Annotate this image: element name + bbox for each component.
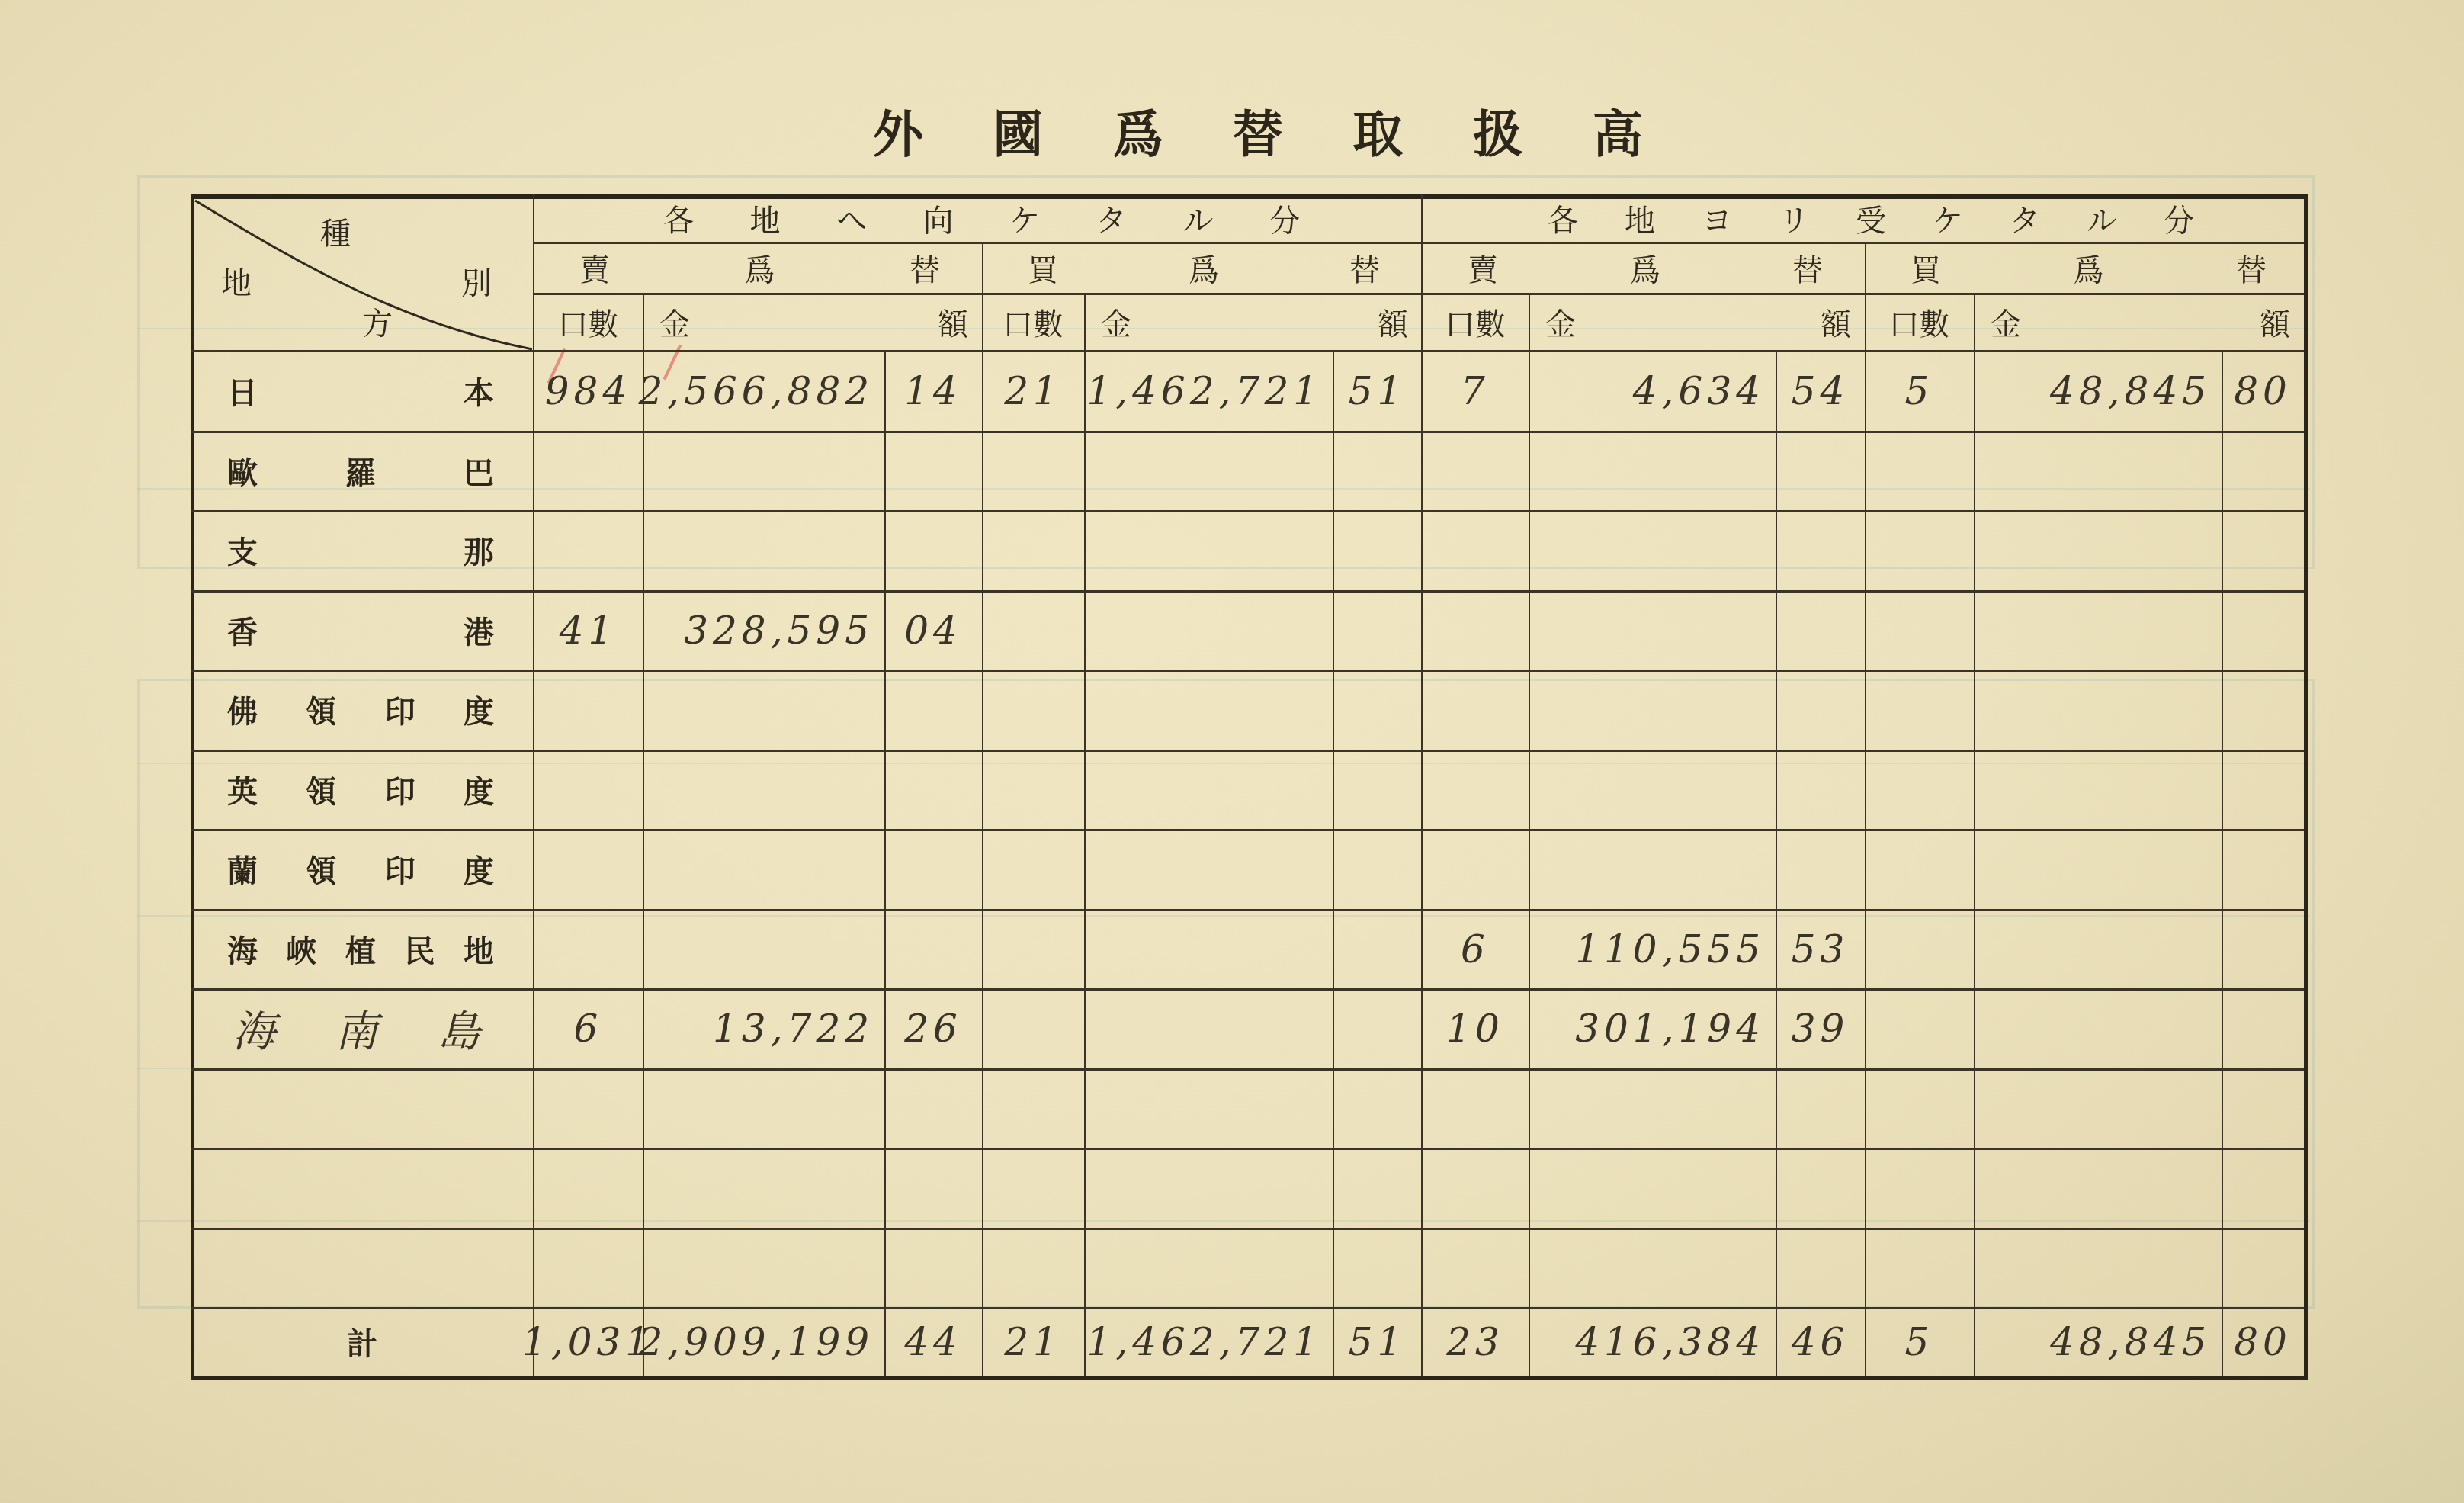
- region-label: 香港: [191, 590, 534, 670]
- subgroup-header-char: 替: [1792, 246, 1823, 290]
- yen-amount-cell: [643, 431, 884, 511]
- yen-amount-cell: [1084, 510, 1333, 590]
- subgroup-header-char: 買: [1911, 246, 1941, 290]
- subgroup-header-char: 賣: [1468, 246, 1498, 290]
- sen-amount-cell: [884, 750, 982, 830]
- yen-amount-cell: [1974, 988, 2222, 1068]
- title-char: 取: [1352, 94, 1403, 166]
- yen-amount-cell: [1529, 750, 1776, 830]
- count-cell: [534, 431, 643, 511]
- region-char: 印: [385, 768, 415, 811]
- corner-label-bottom: 方: [362, 300, 393, 343]
- count-cell: [534, 829, 643, 909]
- count-cell: [1422, 590, 1529, 670]
- subgroup-header-out-sell: 賣爲替: [534, 242, 982, 294]
- yen-amount-cell: [1529, 510, 1776, 590]
- count-cell: 6: [1422, 909, 1529, 989]
- region-label: 蘭領印度: [191, 829, 534, 909]
- count-header-label: 口數: [1865, 294, 1974, 350]
- corner-label-left: 地: [221, 259, 252, 303]
- count-cell: [982, 670, 1084, 750]
- amount-label-right: 額: [938, 300, 968, 344]
- subgroup-header-in-sell: 賣爲替: [1422, 242, 1865, 294]
- sen-amount-cell: 04: [884, 590, 982, 670]
- count-cell: [1865, 590, 1974, 670]
- sen-amount-cell: 80: [2222, 1307, 2304, 1376]
- amount-label-left: 金: [659, 300, 690, 344]
- amount-header-label: 金額: [1084, 294, 1422, 350]
- yen-amount-cell: [1974, 670, 2222, 750]
- sen-amount-cell: [884, 829, 982, 909]
- count-cell: [1865, 1148, 1974, 1228]
- region-label: 佛領印度: [191, 670, 534, 750]
- sen-amount-cell: [2222, 750, 2304, 830]
- sen-amount-cell: [884, 431, 982, 511]
- amount-label-right: 額: [1378, 300, 1408, 344]
- yen-amount-cell: [1529, 431, 1776, 511]
- count-cell: [982, 510, 1084, 590]
- region-char: 印: [385, 847, 415, 891]
- title-char: 爲: [1113, 94, 1163, 166]
- count-cell: [982, 1228, 1084, 1308]
- corner-label-right: 別: [461, 259, 492, 303]
- yen-amount-cell: [1974, 750, 2222, 830]
- region-char: 本: [464, 369, 494, 413]
- page-title: 外 國 爲 替 取 扱 高: [839, 95, 1677, 164]
- region-label: 海南島: [191, 988, 534, 1068]
- sen-amount-cell: [884, 909, 982, 989]
- count-cell: 41: [534, 590, 643, 670]
- yen-amount-cell: 110,555: [1529, 909, 1776, 989]
- sen-amount-cell: 39: [1776, 988, 1865, 1068]
- count-cell: [1422, 431, 1529, 511]
- yen-amount-cell: [1084, 1068, 1333, 1148]
- yen-amount-cell: [1084, 909, 1333, 989]
- count-cell: [1865, 1068, 1974, 1148]
- count-cell: [534, 750, 643, 830]
- sen-amount-cell: [2222, 1068, 2304, 1148]
- region-char: 海: [227, 927, 258, 971]
- count-cell: [1865, 510, 1974, 590]
- sen-amount-cell: [1333, 1068, 1422, 1148]
- sen-amount-cell: 26: [884, 988, 982, 1068]
- count-cell: 21: [982, 1307, 1084, 1376]
- yen-amount-cell: [1084, 829, 1333, 909]
- region-label: 英領印度: [191, 750, 534, 830]
- count-cell: 1,031: [534, 1307, 643, 1376]
- region-char: 度: [464, 847, 494, 891]
- sen-amount-cell: [2222, 1148, 2304, 1228]
- count-cell: [982, 750, 1084, 830]
- yen-amount-cell: [1084, 590, 1333, 670]
- sen-amount-cell: [884, 670, 982, 750]
- yen-amount-cell: [1974, 1228, 2222, 1308]
- region-label: 海峽植民地: [191, 909, 534, 989]
- sen-amount-cell: [1333, 829, 1422, 909]
- subgroup-header-char: 爲: [1630, 246, 1660, 290]
- group-header-char: 分: [2164, 197, 2194, 240]
- sen-amount-cell: [2222, 909, 2304, 989]
- count-cell: [982, 1068, 1084, 1148]
- count-cell: [534, 510, 643, 590]
- sen-amount-cell: [1333, 1148, 1422, 1228]
- count-cell: 984: [534, 351, 643, 431]
- amount-header-label: 金額: [643, 294, 982, 350]
- yen-amount-cell: [643, 750, 884, 830]
- count-cell: [1865, 909, 1974, 989]
- group-header-char: ケ: [1933, 197, 1963, 240]
- header-rule: [534, 242, 2304, 244]
- sen-amount-cell: 80: [2222, 351, 2304, 431]
- subgroup-header-char: 爲: [2074, 246, 2104, 290]
- count-cell: [1422, 829, 1529, 909]
- corner-label-top: 種: [320, 210, 351, 253]
- title-char: 外: [873, 94, 923, 166]
- region-char: 南: [335, 998, 378, 1059]
- count-cell: [982, 431, 1084, 511]
- group-header-char: タ: [1096, 197, 1127, 240]
- yen-amount-cell: 1,462,721: [1084, 351, 1333, 431]
- yen-amount-cell: 1,462,721: [1084, 1307, 1333, 1376]
- sen-amount-cell: [884, 1228, 982, 1308]
- count-cell: 7: [1422, 351, 1529, 431]
- yen-amount-cell: [1974, 829, 2222, 909]
- yen-amount-cell: [1529, 1148, 1776, 1228]
- region-char: 支: [227, 528, 258, 572]
- subgroup-header-char: 爲: [1189, 246, 1219, 290]
- sen-amount-cell: [1333, 431, 1422, 511]
- sen-amount-cell: 51: [1333, 351, 1422, 431]
- yen-amount-cell: [1974, 909, 2222, 989]
- sen-amount-cell: 14: [884, 351, 982, 431]
- region-char: 領: [306, 688, 336, 731]
- total-label: 計: [191, 1307, 534, 1376]
- amount-label-left: 金: [1101, 300, 1131, 344]
- subgroup-header-in-buy: 買爲替: [1865, 242, 2308, 294]
- region-char: 印: [385, 688, 415, 731]
- amount-label-right: 額: [2260, 300, 2290, 344]
- count-cell: 5: [1865, 1307, 1974, 1376]
- sen-amount-cell: [1776, 1068, 1865, 1148]
- region-label: 歐羅巴: [191, 431, 534, 511]
- region-label: 支那: [191, 510, 534, 590]
- yen-amount-cell: 301,194: [1529, 988, 1776, 1068]
- count-cell: [534, 1228, 643, 1308]
- count-header-label: 口數: [1422, 294, 1529, 350]
- region-char: 度: [464, 768, 494, 811]
- group-header-char: 地: [1625, 197, 1655, 240]
- count-cell: [534, 670, 643, 750]
- sen-amount-cell: [1776, 829, 1865, 909]
- subgroup-header-char: 賣: [579, 246, 610, 290]
- yen-amount-cell: [643, 909, 884, 989]
- yen-amount-cell: [1974, 1148, 2222, 1228]
- group-header-char: ル: [2087, 197, 2117, 240]
- count-cell: [534, 909, 643, 989]
- count-cell: [534, 1068, 643, 1148]
- count-cell: [1422, 1148, 1529, 1228]
- group-header-char: 向: [923, 197, 954, 240]
- amount-label-right: 額: [1821, 300, 1851, 344]
- sen-amount-cell: [1333, 670, 1422, 750]
- region-char: 英: [227, 768, 258, 811]
- region-char: 海: [233, 998, 275, 1059]
- region-char: 蘭: [227, 847, 258, 891]
- amount-label-left: 金: [1991, 300, 2021, 344]
- sen-amount-cell: 44: [884, 1307, 982, 1376]
- yen-amount-cell: [643, 510, 884, 590]
- title-char: 替: [1233, 94, 1283, 166]
- region-char: 歐: [227, 449, 258, 493]
- yen-amount-cell: 328,595: [643, 590, 884, 670]
- count-cell: [1865, 750, 1974, 830]
- count-cell: [982, 909, 1084, 989]
- yen-amount-cell: [1974, 431, 2222, 511]
- yen-amount-cell: [643, 1148, 884, 1228]
- region-char: 日: [227, 369, 258, 413]
- sen-amount-cell: [2222, 431, 2304, 511]
- count-cell: [1865, 829, 1974, 909]
- subgroup-header-char: 替: [2236, 246, 2267, 290]
- count-cell: [1865, 1228, 1974, 1308]
- yen-amount-cell: [643, 1228, 884, 1308]
- group-header-char: へ: [836, 197, 867, 240]
- sen-amount-cell: [2222, 829, 2304, 909]
- region-char: 港: [464, 609, 494, 652]
- region-char: 香: [227, 609, 258, 652]
- sen-amount-cell: [1333, 510, 1422, 590]
- region-char: 領: [306, 847, 336, 891]
- yen-amount-cell: [643, 829, 884, 909]
- subgroup-header-out-buy: 買爲替: [982, 242, 1422, 294]
- count-cell: 10: [1422, 988, 1529, 1068]
- yen-amount-cell: [1529, 829, 1776, 909]
- count-header-label: 口數: [534, 294, 643, 350]
- title-char: 國: [993, 94, 1043, 166]
- region-char: 島: [438, 998, 480, 1059]
- sen-amount-cell: 46: [1776, 1307, 1865, 1376]
- yen-amount-cell: 416,384: [1529, 1307, 1776, 1376]
- group-header-char: タ: [2010, 197, 2040, 240]
- yen-amount-cell: [1529, 590, 1776, 670]
- region-char: 領: [306, 768, 336, 811]
- yen-amount-cell: [1084, 670, 1333, 750]
- count-cell: 5: [1865, 351, 1974, 431]
- group-header-char: 地: [750, 197, 781, 240]
- sen-amount-cell: [1776, 1228, 1865, 1308]
- sen-amount-cell: [884, 510, 982, 590]
- count-cell: [982, 829, 1084, 909]
- sen-amount-cell: [1776, 670, 1865, 750]
- count-cell: [534, 1148, 643, 1228]
- yen-amount-cell: [643, 1068, 884, 1148]
- count-cell: [1422, 1068, 1529, 1148]
- count-cell: [1422, 510, 1529, 590]
- group-header-char: 分: [1269, 197, 1300, 240]
- subgroup-header-char: 爲: [745, 246, 775, 290]
- count-cell: [1422, 750, 1529, 830]
- exchange-table: 種 地 別 方 各地へ向ケタル分 各地ヨリ受ケタル分 賣爲替 買爲替 賣爲替 買…: [191, 194, 2308, 1380]
- sen-amount-cell: [2222, 590, 2304, 670]
- sen-amount-cell: [1776, 510, 1865, 590]
- yen-amount-cell: 2,566,882: [643, 351, 884, 431]
- region-char: 峽: [287, 927, 317, 971]
- yen-amount-cell: 48,845: [1974, 1307, 2222, 1376]
- count-cell: 6: [534, 988, 643, 1068]
- amount-header-label: 金額: [1529, 294, 1865, 350]
- group-header-char: 各: [663, 197, 694, 240]
- region-char: 那: [464, 528, 494, 572]
- group-header-outgoing: 各地へ向ケタル分: [534, 194, 1422, 242]
- yen-amount-cell: [1084, 1228, 1333, 1308]
- sen-amount-cell: [1776, 750, 1865, 830]
- region-char: 地: [464, 927, 494, 971]
- group-header-char: ケ: [1009, 197, 1040, 240]
- sen-amount-cell: [1776, 590, 1865, 670]
- yen-amount-cell: [1974, 590, 2222, 670]
- sen-amount-cell: [884, 1148, 982, 1228]
- subgroup-header-char: 買: [1028, 246, 1058, 290]
- sen-amount-cell: [1333, 1228, 1422, 1308]
- yen-amount-cell: [1084, 750, 1333, 830]
- yen-amount-cell: [1084, 988, 1333, 1068]
- group-header-incoming: 各地ヨリ受ケタル分: [1422, 194, 2308, 242]
- sen-amount-cell: [2222, 670, 2304, 750]
- group-header-char: ヨ: [1702, 197, 1732, 240]
- count-cell: [982, 1148, 1084, 1228]
- sen-amount-cell: 51: [1333, 1307, 1422, 1376]
- sen-amount-cell: [1333, 750, 1422, 830]
- region-char: 民: [405, 927, 435, 971]
- region-char: 巴: [464, 449, 494, 493]
- count-cell: [1422, 670, 1529, 750]
- sen-amount-cell: [2222, 988, 2304, 1068]
- yen-amount-cell: [1974, 1068, 2222, 1148]
- yen-amount-cell: [643, 670, 884, 750]
- count-cell: [1422, 1228, 1529, 1308]
- sen-amount-cell: [1333, 590, 1422, 670]
- count-header-label: 口數: [982, 294, 1084, 350]
- amount-header-label: 金額: [1974, 294, 2304, 350]
- yen-amount-cell: [1529, 1228, 1776, 1308]
- yen-amount-cell: [1974, 510, 2222, 590]
- count-cell: [1865, 670, 1974, 750]
- yen-amount-cell: 2,909,199: [643, 1307, 884, 1376]
- count-cell: 23: [1422, 1307, 1529, 1376]
- group-header-char: リ: [1779, 197, 1809, 240]
- yen-amount-cell: [1529, 670, 1776, 750]
- sen-amount-cell: [1333, 988, 1422, 1068]
- title-char: 高: [1593, 94, 1643, 166]
- region-char: 度: [464, 688, 494, 731]
- region-label: 日本: [191, 351, 534, 431]
- sen-amount-cell: [1776, 1148, 1865, 1228]
- group-header-char: 各: [1548, 197, 1578, 240]
- amount-label-left: 金: [1545, 300, 1576, 344]
- region-char: 植: [345, 927, 376, 971]
- yen-amount-cell: [1084, 431, 1333, 511]
- sen-amount-cell: 53: [1776, 909, 1865, 989]
- sen-amount-cell: 54: [1776, 351, 1865, 431]
- yen-amount-cell: 4,634: [1529, 351, 1776, 431]
- yen-amount-cell: 48,845: [1974, 351, 2222, 431]
- yen-amount-cell: [1084, 1148, 1333, 1228]
- yen-amount-cell: [1529, 1068, 1776, 1148]
- subgroup-header-char: 替: [910, 246, 940, 290]
- group-header-char: 受: [1856, 197, 1886, 240]
- group-header-char: ル: [1182, 197, 1213, 240]
- title-char: 扱: [1473, 94, 1523, 166]
- sen-amount-cell: [1333, 909, 1422, 989]
- count-cell: [982, 988, 1084, 1068]
- sen-amount-cell: [1776, 431, 1865, 511]
- count-cell: 21: [982, 351, 1084, 431]
- count-cell: [1865, 431, 1974, 511]
- count-cell: [1865, 988, 1974, 1068]
- region-char: 羅: [345, 449, 376, 493]
- count-cell: [982, 590, 1084, 670]
- yen-amount-cell: 13,722: [643, 988, 884, 1068]
- region-char: 佛: [227, 688, 258, 731]
- sen-amount-cell: [2222, 1228, 2304, 1308]
- sen-amount-cell: [884, 1068, 982, 1148]
- sen-amount-cell: [2222, 510, 2304, 590]
- subgroup-header-char: 替: [1349, 246, 1380, 290]
